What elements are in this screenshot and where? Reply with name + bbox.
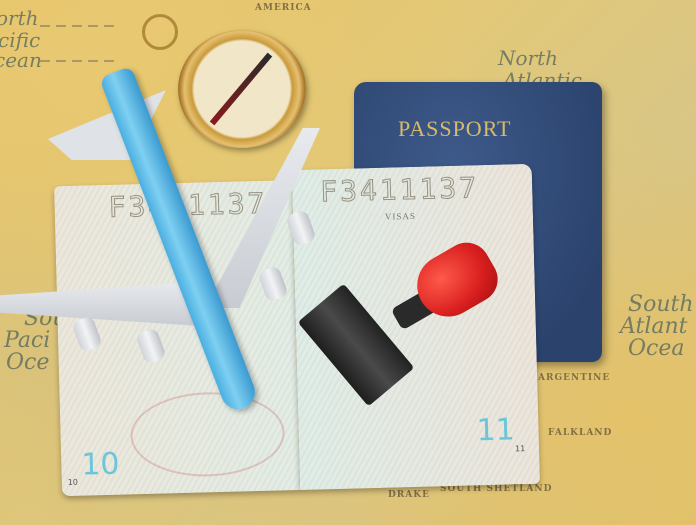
map-label-falkland: FALKLAND xyxy=(548,428,612,438)
map-label-america: AMERICA xyxy=(255,3,312,13)
faded-stamp-mark xyxy=(129,390,285,478)
passport-title: PASSPORT xyxy=(398,116,512,142)
map-label-argentine: ARGENTINE xyxy=(538,373,610,383)
perforated-number-right: F3411137 xyxy=(320,171,480,208)
map-label-north-pacific-3: cean xyxy=(0,48,42,72)
page-number-left: 10 xyxy=(81,447,120,483)
page-number-right: 11 xyxy=(476,412,515,448)
map-dashed-line xyxy=(40,25,120,27)
compass-icon xyxy=(178,30,306,148)
map-dashed-line xyxy=(40,60,120,62)
page-number-left-small: 10 xyxy=(68,478,78,487)
page-number-right-small: 11 xyxy=(515,444,525,453)
map-label-south-atlantic-3: Ocea xyxy=(628,336,685,361)
compass-ring xyxy=(142,14,178,50)
travel-photo: orth cific cean AMERICA North Atlantic S… xyxy=(0,0,696,525)
map-label-north-pacific-1: orth xyxy=(0,6,39,30)
map-label-south-pacific-3: Oce xyxy=(6,350,49,375)
map-label-north-atlantic-1: North xyxy=(498,46,558,70)
visas-label: VISAS xyxy=(385,211,416,222)
